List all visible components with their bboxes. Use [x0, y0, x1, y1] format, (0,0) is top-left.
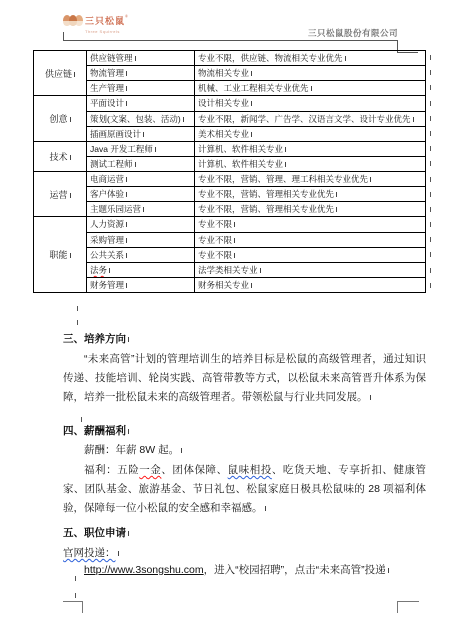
job-requirement-cell: 物流相关专业 [195, 66, 426, 81]
paragraph-mark [126, 71, 127, 76]
paragraph-mark [70, 193, 71, 198]
table-row: 测试工程师计算机、软件相关专业 [34, 156, 426, 171]
job-requirement-cell: 计算机、软件相关专业 [195, 141, 426, 156]
spellcheck-blue-underline: 鼠味相投 [228, 464, 272, 476]
paragraph-mark [126, 222, 127, 227]
job-requirement-cell: 专业不限，营销、管理、理工科相关专业优先 [195, 172, 426, 187]
brand-text: 三只松鼠® Three Squirrels [85, 12, 128, 34]
job-position-cell: 采购管理 [87, 232, 195, 247]
row-end-mark [430, 116, 431, 121]
row-end-mark [430, 252, 431, 257]
paragraph-mark [370, 177, 371, 182]
text-boundary-corner-right [397, 601, 419, 613]
job-position-cell: 主题乐园运营 [87, 202, 195, 217]
table-row: 物流管理物流相关专业 [34, 66, 426, 81]
website-link[interactable]: http://www.3songshu.com [84, 564, 204, 576]
paragraph-mark [265, 506, 266, 511]
paragraph-mark [311, 86, 312, 91]
job-requirement-cell: 专业不限 [195, 232, 426, 247]
row-end-mark [430, 146, 431, 151]
brand-name-en: Three Squirrels [85, 30, 128, 34]
paragraph-mark [285, 147, 286, 152]
text-boundary-corner-left [63, 601, 83, 613]
paragraph-mark [251, 132, 252, 137]
paragraph-mark [234, 222, 235, 227]
spellcheck-blue-underline: 官网投递： [63, 547, 116, 559]
job-position-cell: 策划(文案、包装、活动) [87, 111, 195, 126]
paragraph-mark [251, 283, 252, 288]
paragraph-mark [260, 268, 261, 273]
paragraph-mark [70, 253, 71, 258]
job-requirement-cell: 专业不限 [195, 247, 426, 262]
row-end-mark [430, 192, 431, 197]
spellcheck-red-underline: 一金 [139, 464, 161, 476]
table-row: 客户体验专业不限，营销、管理相关专业优先 [34, 187, 426, 202]
job-position-cell: 测试工程师 [87, 156, 195, 171]
paragraph-mark [126, 177, 127, 182]
brand-name-cn: 三只松鼠 [85, 16, 125, 26]
paragraph-mark [135, 162, 136, 167]
row-end-mark [430, 222, 431, 227]
row-end-mark [430, 131, 431, 136]
job-position-cell: 生产管理 [87, 81, 195, 96]
job-requirement-cell: 计算机、软件相关专业 [195, 156, 426, 171]
job-position-cell: 电商运营 [87, 172, 195, 187]
paragraph-mark [135, 56, 136, 61]
header-boundary-tick [63, 32, 64, 40]
table-row: 运营电商运营专业不限，营销、管理、理工科相关专业优先 [34, 172, 426, 187]
job-requirement-cell: 美术相关专业 [195, 126, 426, 141]
paragraph-mark [370, 395, 371, 400]
job-position-cell: Java 开发工程师 [87, 141, 195, 156]
row-end-mark [430, 268, 431, 273]
job-category-cell: 创意 [34, 96, 87, 141]
squirrel-icon [69, 15, 77, 26]
row-end-mark [430, 283, 431, 288]
job-requirement-cell: 专业不限 [195, 217, 426, 232]
paragraph-mark [81, 417, 82, 422]
job-requirement-cell: 专业不限，供应链、物流相关专业优先 [195, 51, 426, 66]
paragraph-mark [77, 320, 78, 325]
job-requirement-cell: 机械、工业工程相关专业优先 [195, 81, 426, 96]
job-requirement-cell: 专业不限，新闻学、广告学、汉语言文学、设计专业优先 [195, 111, 426, 126]
paragraph-mark [155, 147, 156, 152]
job-position-cell: 平面设计 [87, 96, 195, 111]
job-requirement-cell: 法学类相关专业 [195, 262, 426, 277]
paragraph-mark [126, 253, 127, 258]
paragraph-mark [126, 192, 127, 197]
job-position-cell: 客户体验 [87, 187, 195, 202]
paragraph-mark [336, 207, 337, 212]
table-row: 策划(文案、包装、活动)专业不限，新闻学、广告学、汉语言文学、设计专业优先 [34, 111, 426, 126]
paragraph-mark [336, 192, 337, 197]
paragraph-mark [128, 337, 129, 342]
table-row: 生产管理机械、工业工程相关专业优先 [34, 81, 426, 96]
paragraph-mark [251, 71, 252, 76]
paragraph-mark [181, 448, 182, 453]
row-end-mark [430, 161, 431, 166]
paragraph-mark [75, 593, 76, 598]
row-end-mark [430, 207, 431, 212]
table-row: 创意平面设计设计相关专业 [34, 96, 426, 111]
job-position-cell: 供应链管理 [87, 51, 195, 66]
table-row: 采购管理专业不限 [34, 232, 426, 247]
company-logo: 三只松鼠® Three Squirrels [63, 12, 128, 34]
section-heading-training: 三、培养方向 [63, 331, 426, 346]
section-heading-apply: 五、职位申请 [63, 525, 426, 540]
paragraph-mark [251, 101, 252, 106]
paragraph-mark [126, 101, 127, 106]
paragraph-mark [118, 551, 119, 556]
table-row: 供应链供应链管理专业不限，供应链、物流相关专业优先 [34, 51, 426, 66]
job-position-cell: 物流管理 [87, 66, 195, 81]
registered-mark: ® [125, 14, 128, 19]
paragraph-mark [234, 253, 235, 258]
job-position-cell: 人力资源 [87, 217, 195, 232]
paragraph-mark [143, 207, 144, 212]
row-end-mark [430, 70, 431, 75]
paragraph-mark [183, 117, 184, 122]
paragraph-mark [285, 162, 286, 167]
welfare-paragraph: 福利：五险一金、团体保障、鼠味相投、吃货天地、专享折扣、健康管家、团队基金、旅游… [63, 461, 426, 518]
company-name: 三只松鼠股份有限公司 [260, 27, 398, 39]
recruitment-table: 供应链供应链管理专业不限，供应链、物流相关专业优先物流管理物流相关专业生产管理机… [33, 50, 426, 293]
paragraph-mark [234, 238, 235, 243]
row-end-mark [430, 85, 431, 90]
job-category-cell: 供应链 [34, 51, 87, 96]
job-category-cell: 职能 [34, 217, 87, 293]
job-position-cell: 公共关系 [87, 247, 195, 262]
table-row: 插画原画设计美术相关专业 [34, 126, 426, 141]
document-page: 三只松鼠® Three Squirrels 三只松鼠股份有限公司 供应链供应链管… [0, 0, 461, 622]
paragraph-mark [70, 155, 71, 160]
paragraph-mark [128, 429, 129, 434]
job-position-cell: 插画原画设计 [87, 126, 195, 141]
paragraph-mark [77, 306, 78, 311]
salary-line: 薪酬：年薪 8W 起。 [63, 442, 426, 457]
job-position-cell: 财务管理 [87, 277, 195, 292]
three-squirrels-mascot-icon [63, 15, 81, 26]
apply-url-line: http://www.3songshu.com，进入“校园招聘”，点击“未来高管… [63, 562, 426, 577]
table-row: 财务管理财务相关专业 [34, 277, 426, 292]
job-requirement-cell: 财务相关专业 [195, 277, 426, 292]
table-row: 主题乐园运营专业不限，营销、管理相关专业优先 [34, 202, 426, 217]
job-requirement-cell: 设计相关专业 [195, 96, 426, 111]
table-row: 法务法学类相关专业 [34, 262, 426, 277]
row-end-mark [430, 237, 431, 242]
paragraph-mark [126, 283, 127, 288]
apply-channel-line: 官网投递： [63, 545, 426, 560]
paragraph-mark [345, 56, 346, 61]
section-heading-benefits: 四、薪酬福利 [63, 423, 426, 438]
job-category-cell: 运营 [34, 172, 87, 217]
row-end-mark [430, 101, 431, 106]
row-end-mark [430, 55, 431, 60]
paragraph-mark [109, 268, 110, 273]
table-row: 技术Java 开发工程师计算机、软件相关专业 [34, 141, 426, 156]
paragraph-mark [128, 531, 129, 536]
paragraph-mark [126, 238, 127, 243]
job-category-cell: 技术 [34, 141, 87, 171]
paragraph-mark [413, 117, 414, 122]
table-row: 职能人力资源专业不限 [34, 217, 426, 232]
job-position-cell: 法务 [87, 262, 195, 277]
table-row: 公共关系专业不限 [34, 247, 426, 262]
paragraph-mark [143, 132, 144, 137]
job-requirement-cell: 专业不限，营销、管理相关专业优先 [195, 202, 426, 217]
paragraph-mark [70, 117, 71, 122]
paragraph-mark [75, 576, 76, 581]
paragraph-mark [388, 568, 389, 573]
job-requirement-cell: 专业不限，营销、管理相关专业优先 [195, 187, 426, 202]
training-paragraph: “未来高管”计划的管理培训生的培养目标是松鼠的高级管理者，通过知识传递、技能培训… [63, 350, 426, 407]
row-end-mark [430, 177, 431, 182]
paragraph-mark [126, 86, 127, 91]
header-boundary-line [63, 40, 397, 41]
paragraph-mark [74, 72, 75, 77]
